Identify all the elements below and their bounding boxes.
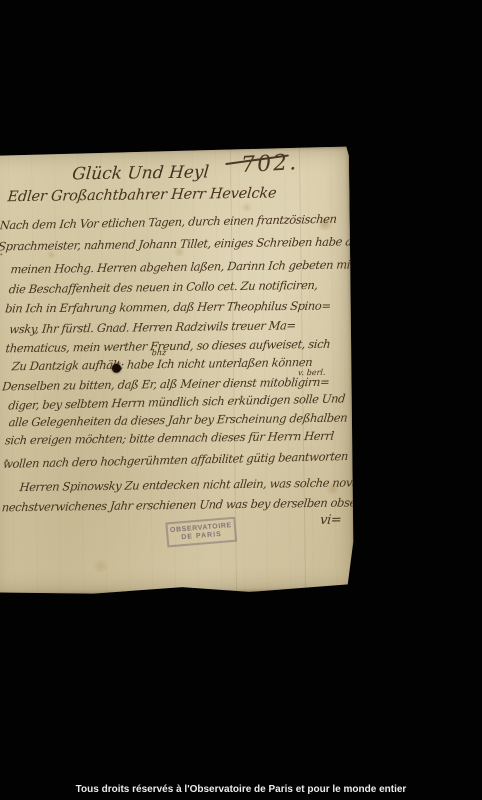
manuscript-line: bin Ich in Erfahrung kommen, daß Herr Th…	[5, 299, 332, 316]
manuscript-line: Sprachmeister, nahmend Johann Tillet, ei…	[0, 234, 359, 253]
manuscript-line: thematicus, mein werther Freund, so dies…	[5, 337, 331, 356]
manuscript-line: nechstverwichenes Jahr erschienen Und wa…	[1, 495, 371, 514]
manuscript-line: sich ereigen möchten; bitte demnach dies…	[4, 429, 334, 448]
manuscript-page: 702. Glück Und Heyl Edler Großachtbahrer…	[0, 146, 355, 595]
observatoire-stamp: OBSERVATOIRE DE PARIS	[165, 517, 237, 548]
manuscript-line: wsky, Ihr fürstl. Gnad. Herren Radziwils…	[9, 318, 297, 336]
ink-blot	[112, 364, 121, 373]
manuscript-line: meinen Hochg. Herren abgehen laßen, Dari…	[10, 257, 356, 276]
photo-viewer-background: 702. Glück Und Heyl Edler Großachtbahrer…	[0, 0, 482, 800]
manuscript-catchword: vi=	[319, 513, 342, 528]
manuscript-line: Denselben zu bitten, daß Er, alß Meiner …	[2, 375, 330, 394]
manuscript-line: Herren Spinowsky Zu entdecken nicht alle…	[19, 475, 359, 494]
copyright-caption: Tous droits réservés à l'Observatoire de…	[0, 784, 482, 795]
page-number: 702.	[241, 150, 299, 178]
manuscript-line: Glück Und Heyl	[71, 162, 209, 184]
manuscript-line: Edler Großachtbahrer Herr Hevelcke	[7, 185, 277, 205]
manuscript-line: Zu Dantzigk aufhält; habe Ich nicht unte…	[11, 355, 313, 373]
paper-stain	[91, 560, 111, 572]
manuscript-insertion: v. berl.	[298, 368, 326, 377]
paper-speck	[0, 253, 2, 255]
manuscript-line: Nach dem Ich Vor etlichen Tagen, durch e…	[0, 212, 337, 232]
manuscript-line: die Beschaffenheit des neuen in Collo ce…	[8, 278, 318, 296]
manuscript-line: diger, bey selbtem Herrn mündlich sich e…	[8, 391, 346, 412]
manuscript-line: wollen nach dero hochgerühmten affabilit…	[3, 449, 349, 471]
manuscript-line: alle Gelegenheiten da dieses Jahr bey Er…	[8, 411, 348, 430]
manuscript-insertion: bhz	[151, 348, 166, 357]
paper-stain	[241, 203, 253, 212]
